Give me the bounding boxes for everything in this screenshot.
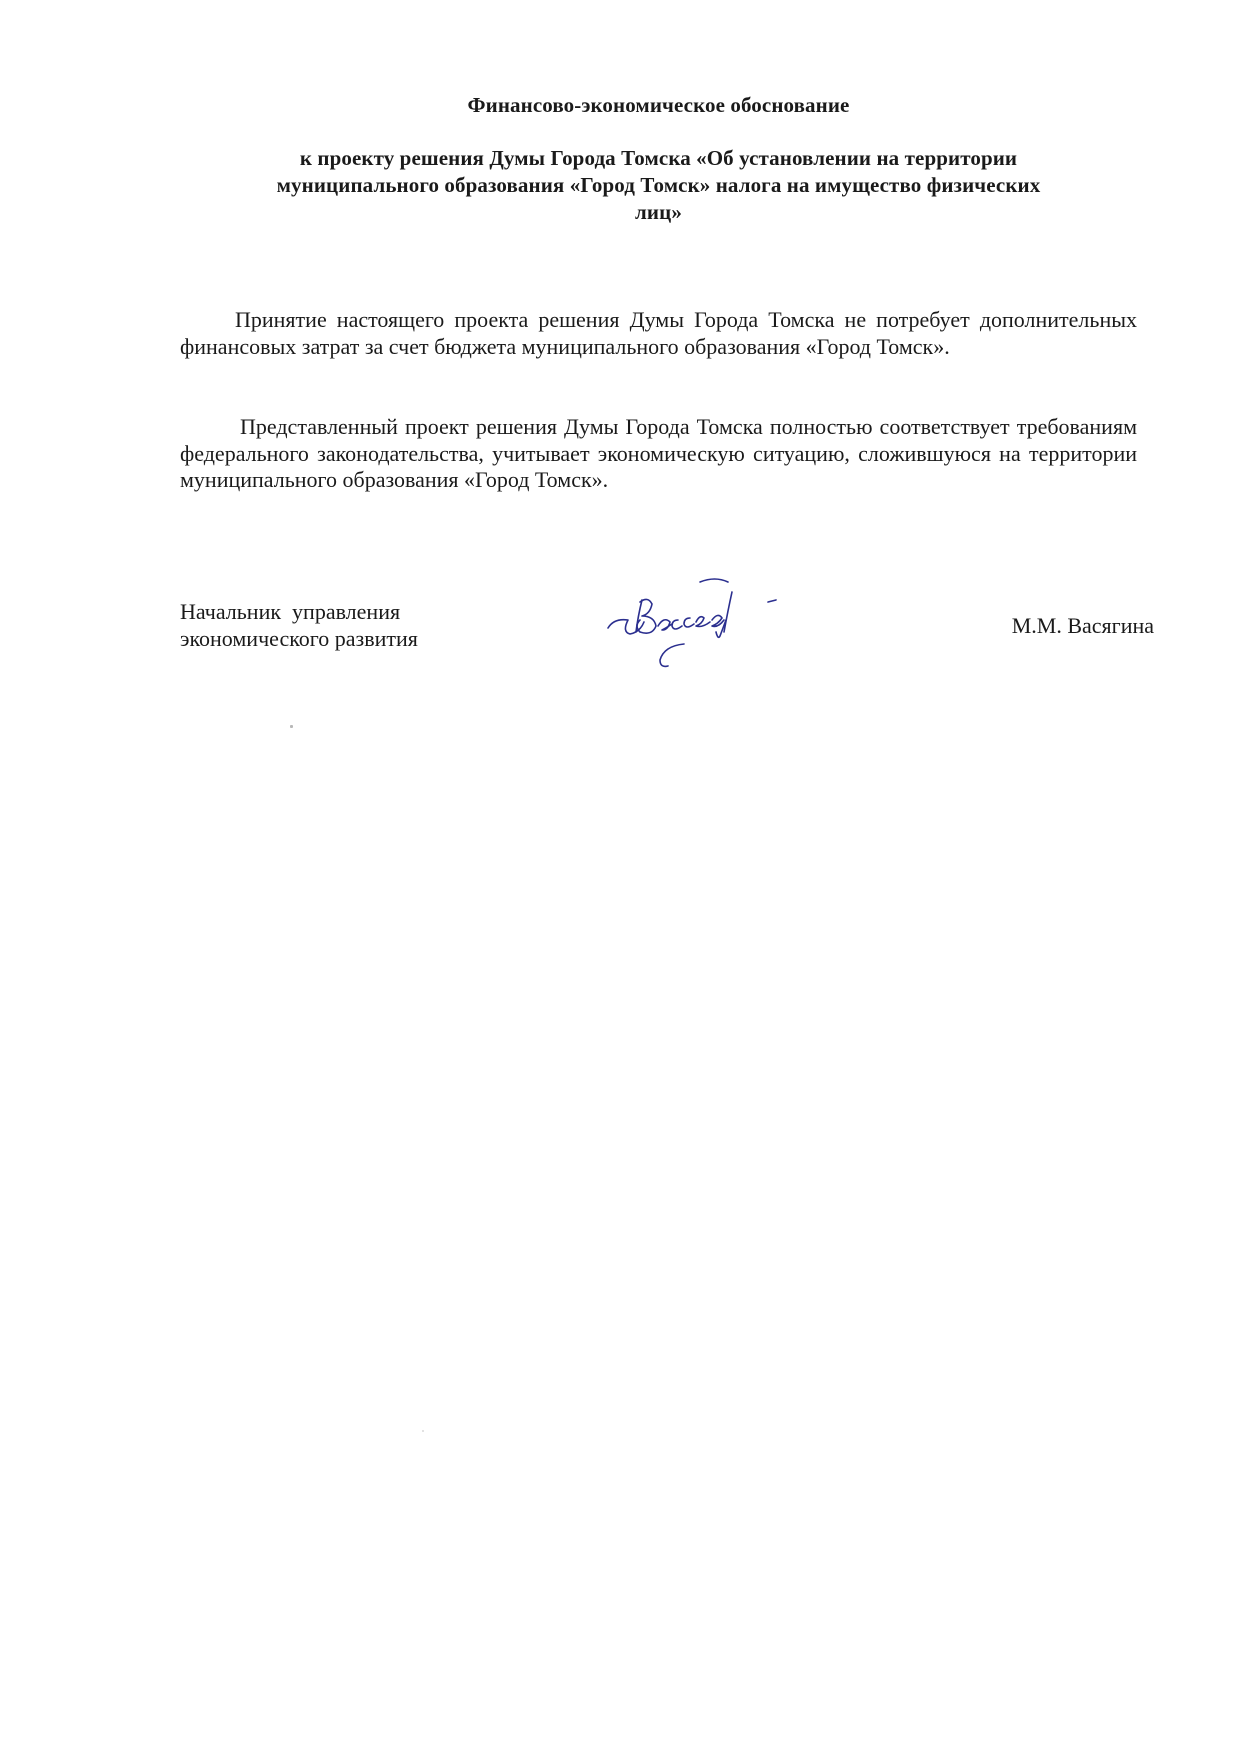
scan-speck bbox=[290, 725, 293, 728]
position-line: экономического развития bbox=[180, 625, 418, 652]
document-subtitle: к проекту решения Думы Города Томска «Об… bbox=[180, 145, 1137, 226]
signatory-name: М.М. Васягина bbox=[1012, 612, 1154, 639]
signatory-position: Начальник управления экономического разв… bbox=[180, 598, 418, 652]
document-page: Финансово-экономическое обоснование к пр… bbox=[0, 0, 1240, 1753]
scan-speck bbox=[422, 1430, 424, 1432]
document-title: Финансово-экономическое обоснование bbox=[180, 92, 1137, 118]
subtitle-line: к проекту решения Думы Города Томска «Об… bbox=[180, 145, 1137, 172]
handwritten-signature-icon bbox=[600, 570, 800, 680]
paragraph-compliance: Представленный проект решения Думы Город… bbox=[180, 414, 1137, 494]
subtitle-line: муниципального образования «Город Томск»… bbox=[180, 172, 1137, 199]
position-line: Начальник управления bbox=[180, 598, 418, 625]
paragraph-budget: Принятие настоящего проекта решения Думы… bbox=[180, 307, 1137, 360]
subtitle-line: лиц» bbox=[180, 199, 1137, 226]
